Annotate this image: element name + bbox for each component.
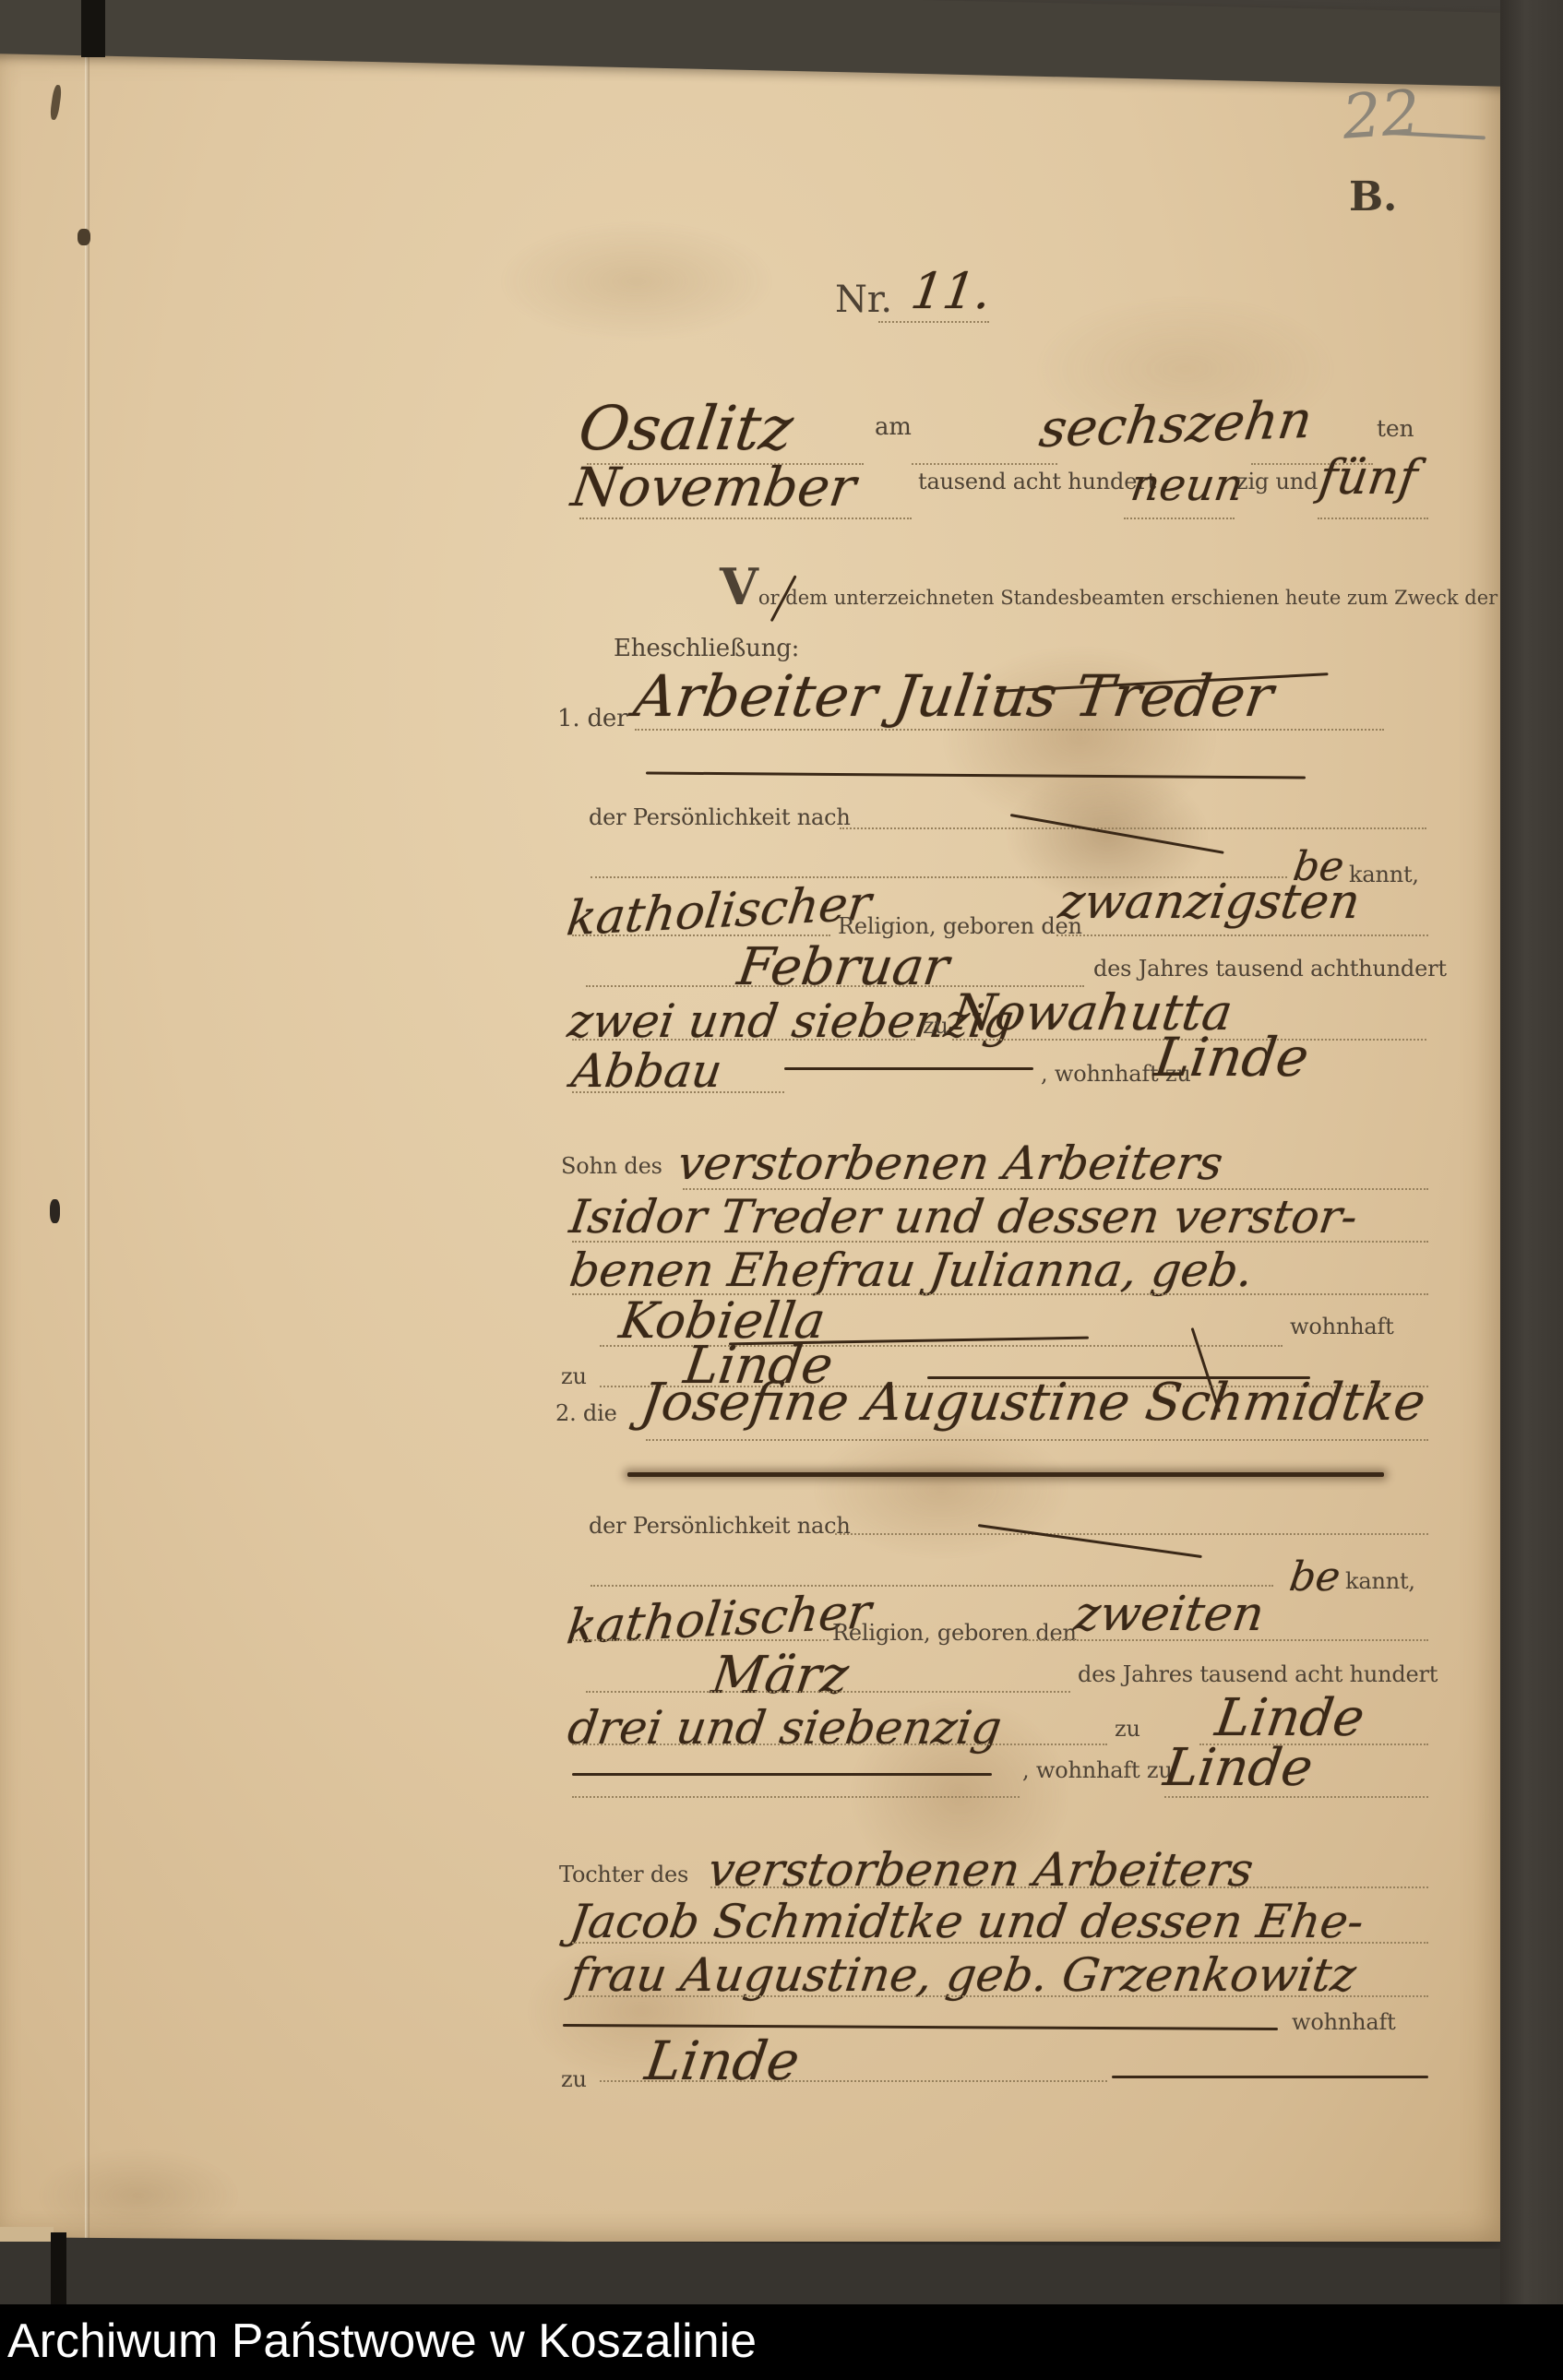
- dotted-rule: [579, 518, 912, 519]
- dotted-rule: [1164, 1796, 1428, 1798]
- groom-religion-printed: Religion, geboren den: [838, 913, 1082, 939]
- dotted-rule: [600, 2080, 1107, 2082]
- dotted-rule: [586, 1691, 1070, 1693]
- dotted-rule: [572, 1091, 784, 1093]
- section-letter: B.: [1349, 173, 1397, 220]
- bride-birth-month: März: [708, 1646, 852, 1706]
- printed-zig-und: zig und: [1236, 469, 1318, 494]
- bride-wohnhaft-zu-printed: , wohnhaft zu: [1022, 1757, 1173, 1783]
- dotted-rule: [572, 1743, 1107, 1745]
- groom-birth-month: Februar: [734, 937, 952, 997]
- dotted-rule: [1056, 934, 1428, 936]
- groom-wohnhaft-printed: wohnhaft: [1290, 1314, 1394, 1339]
- printed-am: am: [875, 413, 912, 441]
- groom-zu-printed: zu: [923, 1013, 949, 1039]
- bride-birth-day: zweiten: [1071, 1587, 1268, 1642]
- intro-sentence: Vor dem unterzeichneten Standesbeamten e…: [720, 577, 1497, 609]
- pencil-folio-number: 22: [1340, 77, 1422, 153]
- marriage-year-tens: neun: [1128, 459, 1247, 511]
- bride-zu2-printed: zu: [561, 2066, 587, 2092]
- dotted-rule: [878, 321, 989, 323]
- groom-item-label: 1. der: [557, 705, 627, 732]
- paper-stain: [498, 221, 775, 341]
- dotted-rule: [835, 1533, 1428, 1535]
- groom-personality-label: der Persönlichkeit nach: [589, 804, 851, 830]
- dotted-rule: [1318, 518, 1428, 519]
- groom-parents-line2: Isidor Treder und dessen verstor-: [567, 1190, 1361, 1244]
- printed-ten-suffix: ten: [1377, 415, 1414, 442]
- binding-clamp: [81, 0, 105, 57]
- bride-zu-printed: zu: [1115, 1716, 1140, 1742]
- dotted-rule: [635, 729, 1384, 731]
- dotted-rule: [572, 1995, 1428, 1997]
- dotted-rule: [572, 1639, 829, 1641]
- smudged-filler-line: [627, 1472, 1384, 1477]
- spine-edge: [51, 2232, 66, 2308]
- bride-name: Josefine Augustine Schmidtke: [637, 1373, 1428, 1433]
- bride-parents-line3: frau Augustine, geb. Grzenkowitz: [567, 1948, 1359, 2002]
- groom-birth-place2: Abbau: [568, 1044, 725, 1098]
- registry-place: Osalitz: [575, 393, 798, 464]
- groom-parents-label: Sohn des: [561, 1153, 662, 1179]
- blank-filler-line: [572, 1773, 992, 1776]
- paper-stain: [812, 1421, 1070, 1559]
- bride-parents-residence: Linde: [641, 2029, 803, 2092]
- background-right-band: [1500, 0, 1563, 2380]
- bride-known-printed: kannt,: [1345, 1568, 1415, 1594]
- groom-year-printed: des Jahres tausend achthundert: [1093, 956, 1447, 982]
- bride-residence: Linde: [1160, 1738, 1316, 1798]
- marriage-year-units: fünf: [1316, 450, 1421, 506]
- dotted-rule: [572, 1942, 1428, 1944]
- printed-thousand: tausend acht hundert: [918, 469, 1156, 494]
- binding-crease: [85, 54, 89, 2242]
- groom-zu2-printed: zu: [561, 1363, 587, 1389]
- dotted-rule: [912, 463, 1057, 465]
- marriage-day: sechszehn: [1036, 390, 1317, 459]
- marriage-month: November: [567, 456, 859, 518]
- bride-birth-year: drei und siebenzig: [565, 1701, 1005, 1755]
- groom-parents-line3: benen Ehefrau Julianna, geb.: [567, 1244, 1257, 1297]
- dotted-rule: [840, 827, 1426, 829]
- dotted-rule: [710, 1886, 1428, 1888]
- archive-caption-text: Archiwum Państwowe w Koszalinie: [7, 2314, 757, 2369]
- bride-parents-label: Tochter des: [559, 1862, 688, 1887]
- bride-personality-label: der Persönlichkeit nach: [589, 1513, 851, 1539]
- bride-parents-line2: Jacob Schmidtke und dessen Ehe-: [567, 1895, 1367, 1948]
- dotted-rule: [572, 1796, 1020, 1798]
- archive-caption-bar: Archiwum Państwowe w Koszalinie: [0, 2304, 1563, 2380]
- groom-parents-line1: verstorbenen Arbeiters: [674, 1136, 1226, 1190]
- dotted-rule: [1124, 518, 1235, 519]
- dotted-rule: [646, 1439, 1428, 1441]
- dotted-rule: [572, 934, 830, 936]
- blank-filler-line: [1112, 2076, 1428, 2078]
- groom-residence: Linde: [1151, 1026, 1312, 1089]
- record-number-value: 11.: [908, 262, 996, 320]
- bride-year-printed: des Jahres tausend acht hundert: [1078, 1661, 1438, 1687]
- dotted-rule: [1022, 1639, 1428, 1641]
- bride-item-label: 2. die: [555, 1400, 617, 1426]
- binding-stitch: [50, 1199, 60, 1223]
- record-number-label: Nr.: [835, 279, 892, 321]
- bride-parents-line1: verstorbenen Arbeiters: [705, 1843, 1257, 1897]
- binding-stitch: [78, 229, 90, 245]
- blank-filler-line: [784, 1067, 1033, 1070]
- dotted-rule: [572, 1039, 915, 1041]
- underlying-page-edge: [0, 2227, 54, 2242]
- intro-eheschliessung: Eheschließung:: [614, 635, 799, 662]
- archival-scan: 22 B. Nr. 11. Osalitz am sechszehn ten N…: [0, 0, 1563, 2380]
- groom-birth-day: zwanzigsten: [1056, 875, 1364, 930]
- bride-religion-printed: Religion, geboren den: [832, 1620, 1077, 1646]
- bride-known-hw: be: [1286, 1553, 1342, 1601]
- bride-wohnhaft-printed: wohnhaft: [1292, 2009, 1396, 2035]
- dotted-rule: [572, 1241, 1428, 1243]
- paper-stain: [37, 2149, 240, 2242]
- groom-name: Arbeiter Julius Treder: [630, 662, 1277, 730]
